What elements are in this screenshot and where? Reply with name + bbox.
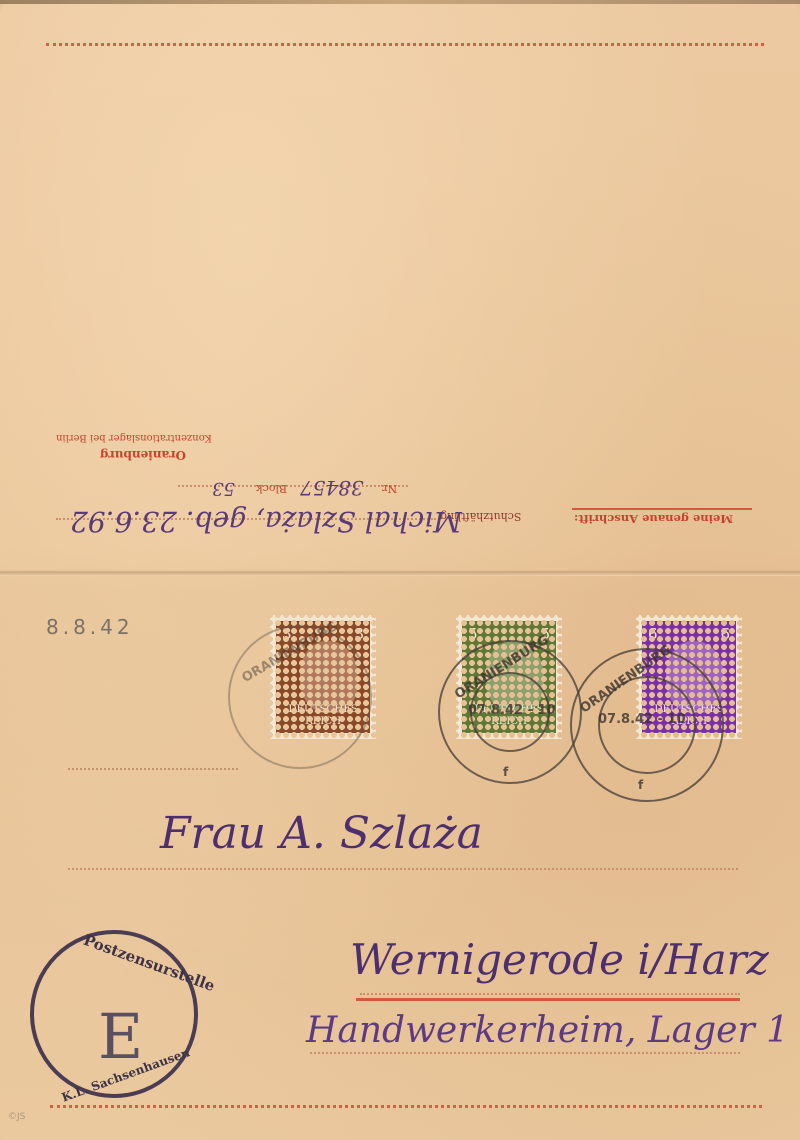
recipient-line-2: Wernigerode i/Harz xyxy=(350,935,769,984)
sender-name: Michal Szlaża, geb. 23.6.92 xyxy=(70,505,462,538)
censor-stamp: Postzensurstelle E K.L. Sachsenhausen xyxy=(30,930,198,1098)
letter-card: Oranienburg Konzentrationslager bei Berl… xyxy=(0,0,800,1140)
address-line-1 xyxy=(68,868,738,870)
block-number: 53 xyxy=(212,478,235,499)
camp-name: Oranienburg xyxy=(100,448,186,462)
watermark: ©JS xyxy=(8,1112,25,1122)
prisoner-number: 38457 xyxy=(300,476,364,500)
block-label: Block xyxy=(256,482,287,495)
pencil-note: 8.8.42 xyxy=(46,615,134,639)
censor-letter: E xyxy=(98,1000,143,1073)
recipient-line-3: Handwerkerheim, Lager 1 xyxy=(306,1010,789,1051)
number-label: Nr. xyxy=(380,482,397,495)
top-perforation-line xyxy=(46,43,764,46)
address-line-0 xyxy=(68,768,238,770)
camp-subtitle: Konzentrationslager bei Berlin xyxy=(56,432,212,443)
sender-label-rule xyxy=(572,508,752,510)
address-line-3 xyxy=(310,1052,740,1054)
city-underline xyxy=(356,998,740,1001)
sender-label: Meine genaue Anschrift: xyxy=(574,512,733,526)
card-top-edge xyxy=(0,0,800,4)
recipient-line-1: Frau A. Szlaża xyxy=(160,808,483,859)
fold-line xyxy=(0,572,800,576)
address-line-2 xyxy=(360,993,740,995)
bottom-perforation-line xyxy=(50,1105,762,1108)
